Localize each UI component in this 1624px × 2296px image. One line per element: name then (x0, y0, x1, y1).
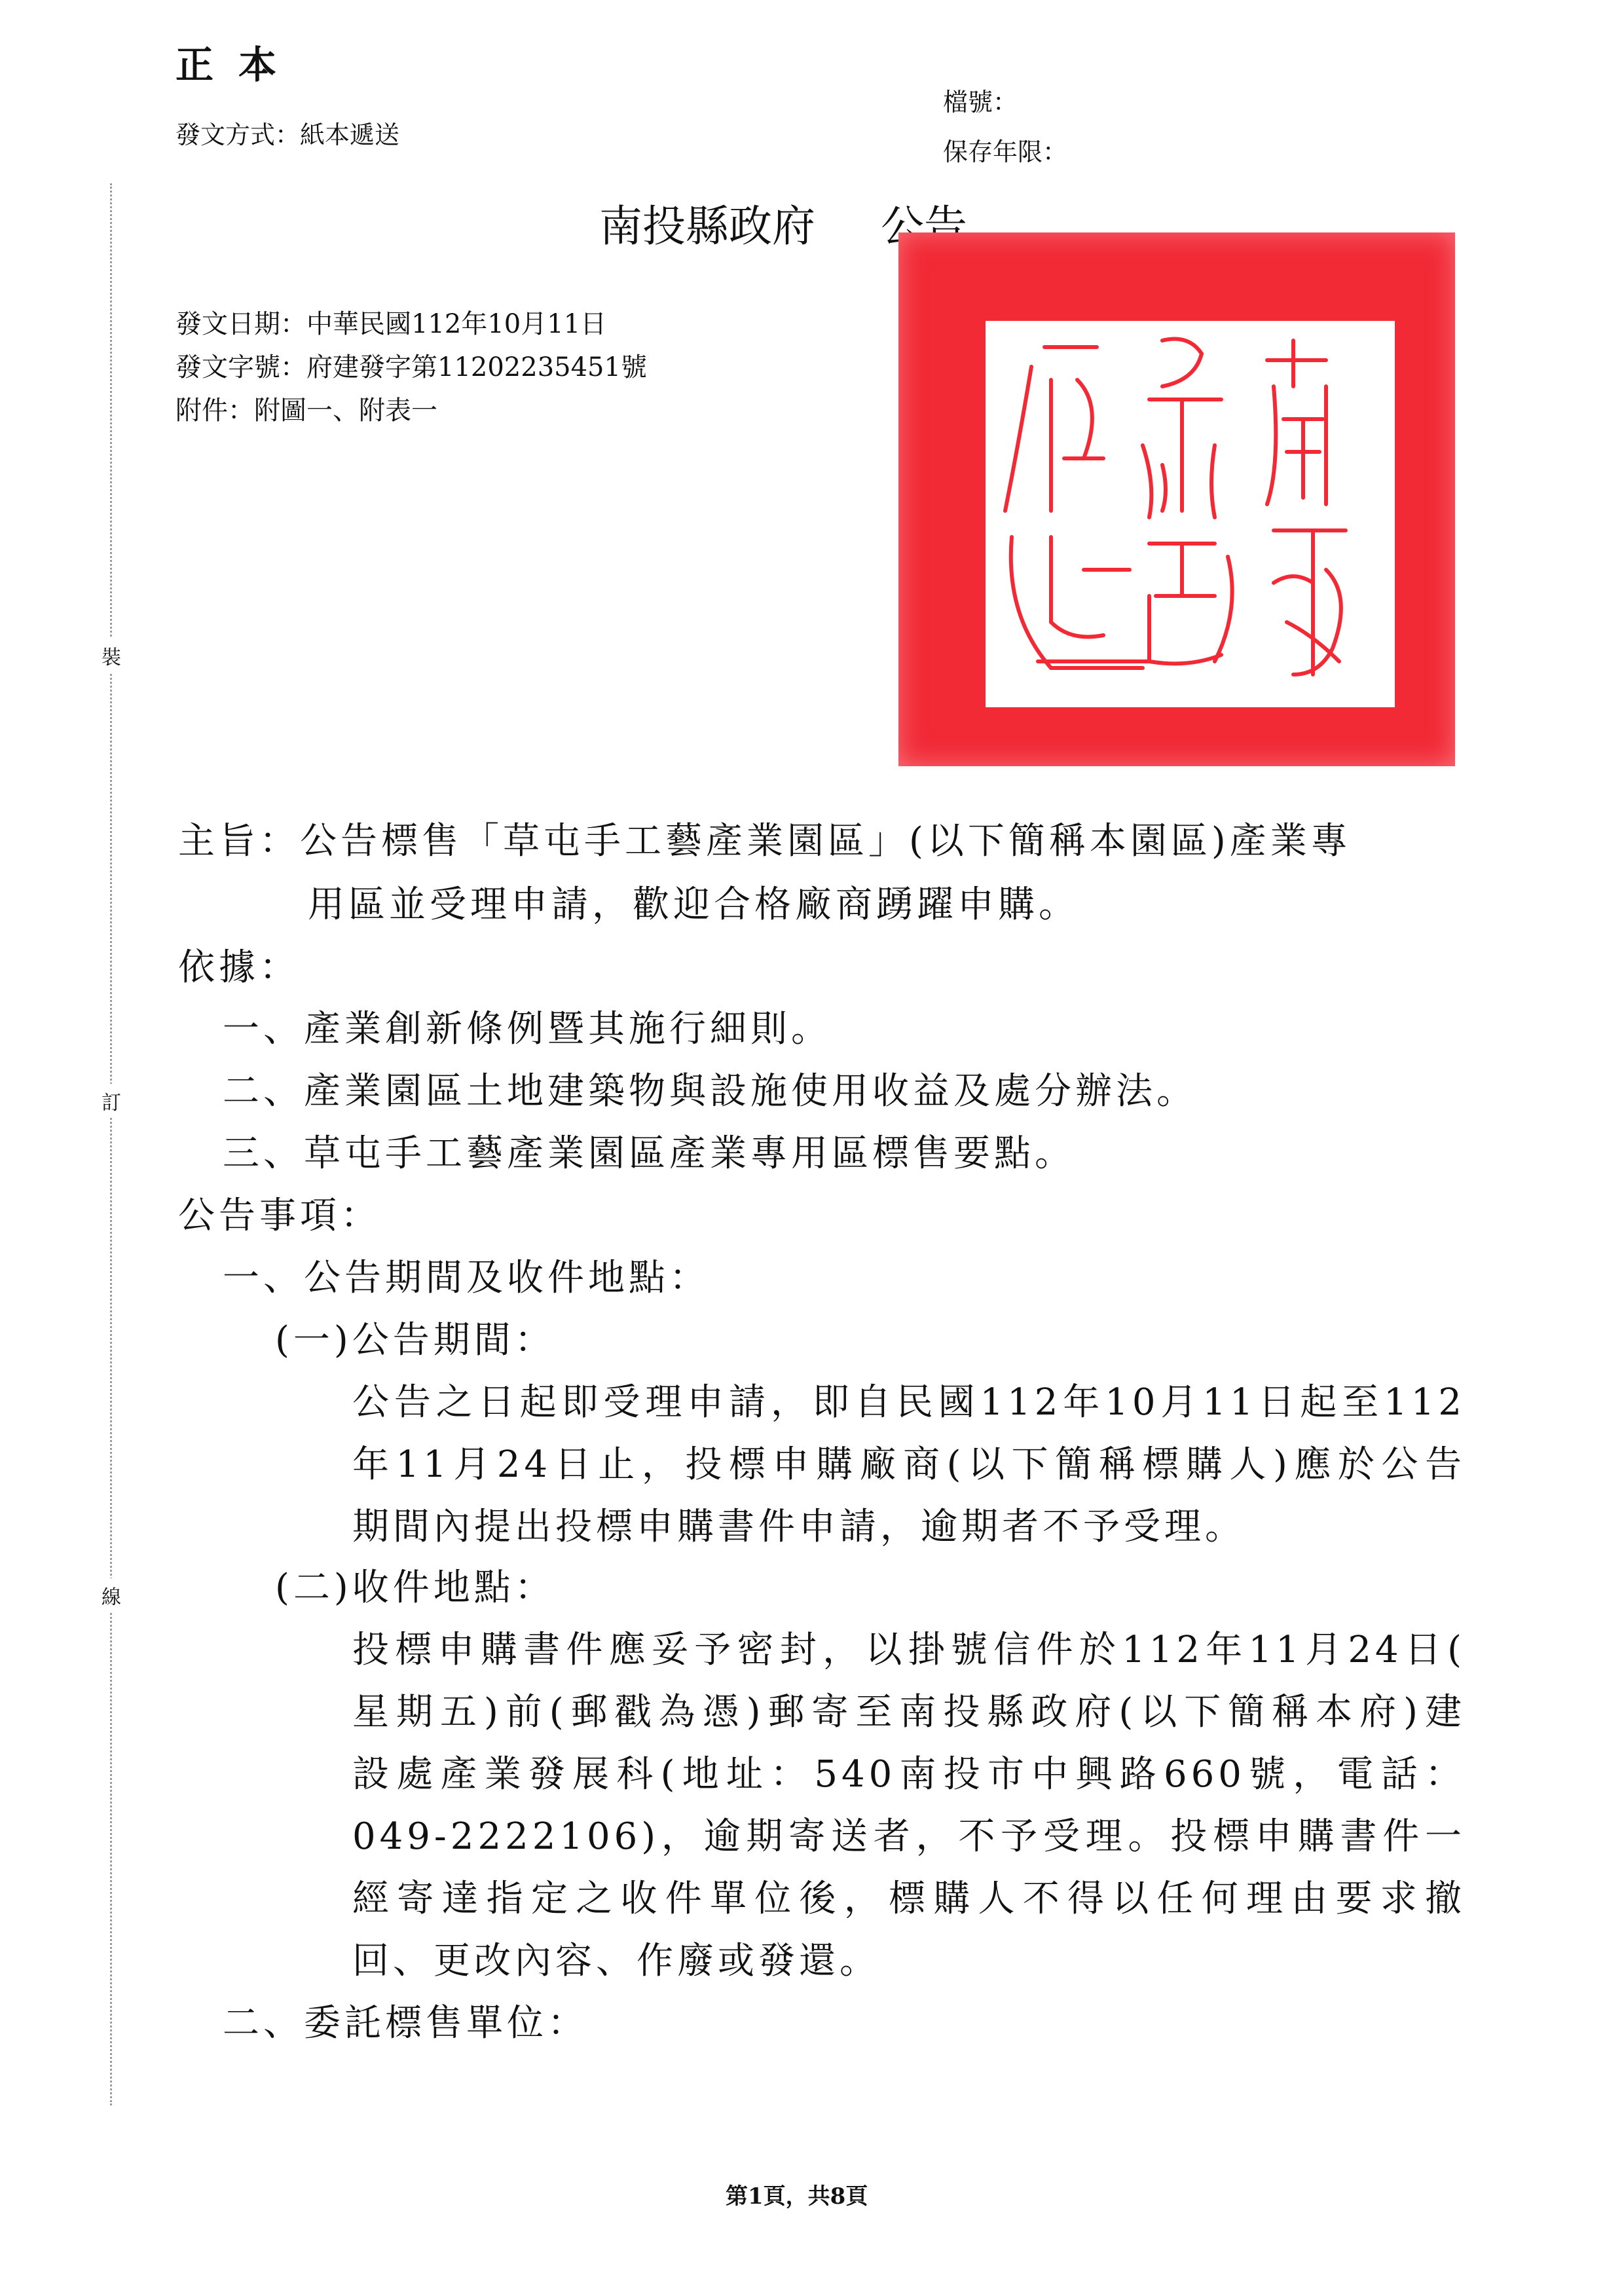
item-1-sub-2-line-5: 經寄達指定之收件單位後，標購人不得以任何理由要求撤 (352, 1870, 1466, 1922)
item-1-sub-2-line-3: 設處產業發展科(地址：540南投市中興路660號，電話： (352, 1745, 1466, 1798)
dispatch-method: 發文方式：紙本遞送 (175, 115, 399, 151)
subject-line-2: 用區並受理申請，歡迎合格廠商踴躍申購。 (308, 876, 1079, 928)
item-1-heading: 一、公告期間及收件地點： (223, 1249, 710, 1301)
basis-item-3: 三、草屯手工藝產業園區產業專用區標售要點。 (223, 1124, 1075, 1177)
item-1-sub-1-heading: (一)公告期間： (275, 1311, 555, 1363)
binding-mark-ding: 訂 (98, 1084, 124, 1118)
issue-date: 發文日期：中華民國112年10月11日 (175, 303, 647, 346)
basis-heading: 依據： (178, 938, 300, 991)
basis-item-2: 二、產業園區土地建築物與設施使用收益及處分辦法。 (223, 1062, 1197, 1115)
item-1-sub-2-line-6: 回、更改內容、作廢或發還。 (352, 1932, 880, 1984)
item-1-sub-1-line-2: 年11月24日止，投標申購廠商(以下簡稱標購人)應於公告 (352, 1435, 1466, 1488)
binding-dotted-line (110, 183, 112, 2105)
item-1-sub-1-line-3: 期間內提出投標申購書件申請，逾期者不予受理。 (352, 1498, 1246, 1550)
item-1-sub-2-line-1: 投標申購書件應妥予密封，以掛號信件於112年11月24日( (352, 1621, 1466, 1673)
item-1-sub-2-line-4: 049-2222106)，逾期寄送者，不予受理。投標申購書件一 (352, 1807, 1466, 1860)
announcement-items-heading: 公告事項： (178, 1187, 381, 1239)
binding-mark-xian: 線 (98, 1578, 124, 1612)
seal-inner-field (986, 321, 1395, 707)
retention-period-label: 保存年限： (943, 127, 1067, 177)
subject-line-1: 主旨：公告標售「草屯手工藝產業園區」(以下簡稱本園區)產業專 (178, 812, 1352, 864)
attachments: 附件：附圖一、附表一 (175, 389, 647, 432)
seal-script-icon (986, 321, 1395, 707)
document-meta: 發文日期：中華民國112年10月11日 發文字號：府建發字第1120223545… (175, 303, 647, 432)
agency-name: 南投縣政府 (599, 201, 815, 251)
basis-item-1: 一、產業創新條例暨其施行細則。 (223, 1000, 832, 1052)
binding-mark-zhuang: 裝 (98, 639, 124, 673)
item-2-heading: 二、委託標售單位： (223, 1994, 588, 2046)
copy-type-label: 正本 (175, 34, 301, 89)
item-1-sub-2-line-2: 星期五)前(郵戳為憑)郵寄至南投縣政府(以下簡稱本府)建 (352, 1683, 1466, 1735)
item-1-sub-2-heading: (二)收件地點： (275, 1559, 555, 1611)
item-1-sub-1-line-1: 公告之日起即受理申請，即自民國112年10月11日起至112 (352, 1373, 1466, 1426)
page-number: 第1頁，共8頁 (726, 2178, 868, 2210)
file-number-label: 檔號： (943, 77, 1067, 127)
file-meta: 檔號： 保存年限： (943, 77, 1067, 177)
official-seal-stamp (898, 232, 1455, 766)
reference-number: 發文字號：府建發字第11202235451號 (175, 346, 647, 389)
